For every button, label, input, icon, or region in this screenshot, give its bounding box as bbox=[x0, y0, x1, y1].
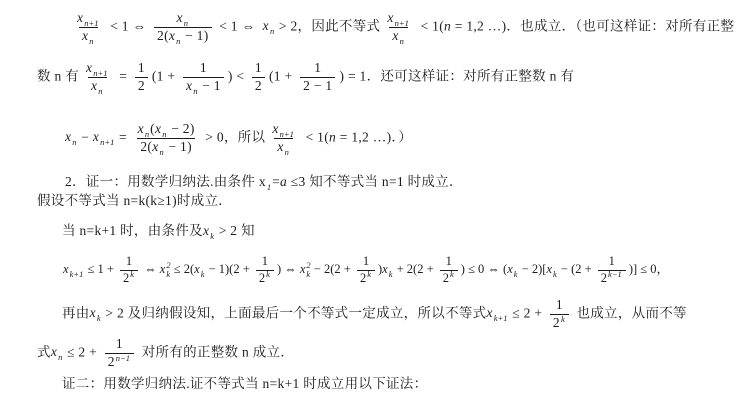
math-variable: x2k bbox=[160, 262, 171, 276]
text-run: 2k−1 bbox=[601, 271, 623, 285]
text-run: − bbox=[78, 129, 93, 144]
text-run: − 2) bbox=[168, 121, 195, 136]
math-variable: xn bbox=[186, 78, 199, 93]
math-variable: xn+1 bbox=[93, 129, 116, 144]
fraction: 12k bbox=[256, 254, 274, 286]
math-variable: xk bbox=[546, 262, 557, 276]
text-run: 数 n 有 bbox=[37, 68, 79, 83]
text-run: < 1( bbox=[302, 129, 329, 144]
text-run: ≤ 2 + bbox=[509, 305, 546, 320]
text-run: = bbox=[115, 129, 130, 144]
math-variable: xn bbox=[177, 10, 190, 25]
text-run: 2 bbox=[255, 78, 262, 93]
text-line-8: 再由xk > 2 及归纳假设知，上面最后一个不等式一定成立，所以不等式xk+1 … bbox=[62, 297, 687, 332]
fraction: 12k bbox=[440, 254, 458, 286]
text-run: ⇔ bbox=[141, 262, 160, 276]
fraction: xn2(xn − 1) bbox=[154, 10, 212, 45]
text-run: 2k bbox=[553, 315, 566, 330]
fraction: xn+1xn bbox=[269, 121, 298, 156]
text-run: 1 bbox=[556, 297, 563, 312]
fraction: 12 bbox=[135, 60, 148, 95]
math-variable: xn bbox=[138, 121, 151, 136]
text-run: ≤ 1 + bbox=[84, 262, 117, 276]
fraction: 12k bbox=[357, 254, 375, 286]
text-run: = bbox=[116, 68, 131, 83]
text-run: 2 − 1 bbox=[303, 78, 332, 93]
text-run: 1 bbox=[200, 60, 207, 75]
fraction: 12k bbox=[550, 297, 569, 332]
text-run: 2k bbox=[123, 271, 135, 285]
fraction: 12 − 1 bbox=[300, 60, 335, 95]
math-variable: xn+1 bbox=[387, 10, 410, 25]
math-variable: xk bbox=[382, 262, 393, 276]
formula-line-1: xn+1xn < 1 ⇔ xn2(xn − 1) < 1 ⇔ xn > 2，因此… bbox=[70, 10, 734, 45]
text-run: 1 bbox=[609, 254, 615, 268]
text-run: − 1)(2 + bbox=[205, 262, 252, 276]
text-line-9: 式xn ≤ 2 + 12n−1 对所有的正整数 n 成立． bbox=[37, 336, 294, 371]
text-run: ≤ 2( bbox=[171, 262, 195, 276]
text-run: ) < bbox=[228, 68, 248, 83]
math-variable: xn bbox=[392, 28, 405, 43]
formula-line-7: xk+1 ≤ 1 + 12k ⇔ x2k ≤ 2(xk − 1)(2 + 12k… bbox=[63, 254, 669, 286]
fraction: 12k bbox=[120, 254, 138, 286]
document-page: xn+1xn < 1 ⇔ xn2(xn − 1) < 1 ⇔ xn > 2，因此… bbox=[0, 0, 746, 402]
text-run: 2n−1 bbox=[108, 354, 131, 369]
text-run: − (2 + bbox=[558, 262, 595, 276]
text-run: ) ≤ 0 ⇔ ( bbox=[461, 262, 507, 276]
math-variable: xk bbox=[203, 223, 215, 238]
math-variable: xn bbox=[263, 18, 276, 33]
text-run: > 2 及归纳假设知，上面最后一个不等式一定成立，所以不等式 bbox=[102, 305, 487, 320]
text-run: 式 bbox=[37, 344, 51, 359]
text-run: )] ≤ 0， bbox=[629, 262, 669, 276]
math-variable: xn+1 bbox=[272, 121, 295, 136]
text-line-5: 假设不等式当 n=k(k≥1)时成立． bbox=[37, 192, 232, 210]
math-variable: xn bbox=[65, 129, 78, 144]
math-variable: xk bbox=[194, 262, 205, 276]
text-run: 1 bbox=[138, 60, 145, 75]
text-run: x1 bbox=[259, 174, 272, 189]
formula-line-2: 数 n 有xn+1xn = 12(1 + 1xn − 1) < 12(1 + 1… bbox=[37, 60, 574, 95]
fraction: 12n−1 bbox=[105, 336, 134, 371]
text-run: 1 bbox=[363, 254, 369, 268]
text-run: = bbox=[272, 174, 280, 189]
text-run: − 2(2 + bbox=[311, 262, 354, 276]
text-run: 假设不等式当 n=k(k≥1)时成立． bbox=[37, 193, 232, 208]
math-variable: xk bbox=[90, 305, 102, 320]
fraction: xn(xn − 2)2(xn − 1) bbox=[135, 121, 198, 156]
text-run: ) ⇔ bbox=[277, 262, 300, 276]
fraction: xn+1xn bbox=[384, 10, 413, 45]
text-run: 2( bbox=[140, 139, 152, 154]
text-run: 2k bbox=[259, 271, 271, 285]
text-run: 对所有的正整数 n 成立． bbox=[138, 344, 294, 359]
fraction: 12 bbox=[252, 60, 265, 95]
text-run: > 0，所以 bbox=[202, 129, 266, 144]
text-run: < 1( bbox=[417, 18, 444, 33]
math-variable: xn+1 bbox=[77, 10, 100, 25]
text-run: ) = 1．还可这样证：对所有正整数 n 有 bbox=[339, 68, 574, 83]
text-run: ≤ 2 + bbox=[63, 344, 100, 359]
text-run: 2k bbox=[360, 271, 372, 285]
math-variable: xn bbox=[51, 344, 64, 359]
text-run: + 2(2 + bbox=[393, 262, 436, 276]
text-run: < 1 ⇔ bbox=[107, 18, 150, 33]
math-variable: n bbox=[444, 18, 451, 33]
text-run: (1 + bbox=[269, 68, 296, 83]
math-variable: xn bbox=[82, 28, 95, 43]
math-variable: xk bbox=[507, 262, 518, 276]
text-run: 2．证一：用数学归纳法.由条件 bbox=[65, 174, 259, 189]
fraction: xn+1xn bbox=[83, 60, 112, 95]
text-run: 1 bbox=[262, 254, 268, 268]
text-run: − 1 bbox=[199, 78, 221, 93]
fraction: xn+1xn bbox=[74, 10, 103, 45]
text-run: < 1 ⇔ bbox=[216, 18, 263, 33]
text-run: 证二：用数学归纳法.证不等式当 n=k+1 时成立用以下证法： bbox=[62, 376, 427, 391]
math-variable: xk+1 bbox=[63, 262, 84, 276]
text-run: ≤3 知不等式当 n=1 时成立． bbox=[287, 174, 463, 189]
text-line-10: 证二：用数学归纳法.证不等式当 n=k+1 时成立用以下证法： bbox=[62, 375, 427, 393]
text-run: 2k bbox=[443, 271, 455, 285]
text-run: 2( bbox=[157, 28, 169, 43]
text-run: 也成立，从而不等 bbox=[573, 305, 687, 320]
text-run: 1 bbox=[255, 60, 262, 75]
text-run: > 2，因此不等式 bbox=[275, 18, 380, 33]
fraction: 12k−1 bbox=[598, 254, 626, 286]
text-run: = 1,2 …)．也成立．（也可这样证：对所有正整 bbox=[451, 18, 734, 33]
text-run: 1 bbox=[446, 254, 452, 268]
text-run: 1 bbox=[116, 336, 123, 351]
formula-line-3: xn − xn+1 = xn(xn − 2)2(xn − 1) > 0，所以xn… bbox=[65, 121, 412, 156]
math-variable: xk+1 bbox=[486, 305, 508, 320]
math-variable: xn bbox=[277, 139, 290, 154]
math-variable: xn+1 bbox=[86, 60, 109, 75]
text-line-6: 当 n=k+1 时，由条件及xk > 2 知 bbox=[62, 222, 255, 240]
math-variable: n bbox=[329, 129, 336, 144]
fraction: 1xn − 1 bbox=[183, 60, 224, 95]
math-variable: xn bbox=[169, 28, 182, 43]
text-run: (1 + bbox=[152, 68, 179, 83]
text-run: > 2 知 bbox=[215, 223, 255, 238]
text-line-4: 2．证一：用数学归纳法.由条件 x1=a ≤3 知不等式当 n=1 时成立． bbox=[65, 173, 463, 191]
text-run: 1 bbox=[126, 254, 132, 268]
text-run: − 2)[ bbox=[519, 262, 547, 276]
text-run: 1 bbox=[314, 60, 321, 75]
math-variable: xn bbox=[152, 139, 165, 154]
math-variable: x2k bbox=[300, 262, 311, 276]
math-variable: xn bbox=[155, 121, 168, 136]
text-run: 再由 bbox=[62, 305, 90, 320]
text-run: 当 n=k+1 时，由条件及 bbox=[62, 223, 203, 238]
math-variable: xn bbox=[91, 78, 104, 93]
text-run: − 1) bbox=[181, 28, 208, 43]
text-run: − 1) bbox=[165, 139, 192, 154]
text-run: = 1,2 …)．） bbox=[336, 129, 412, 144]
text-run: 2 bbox=[138, 78, 145, 93]
